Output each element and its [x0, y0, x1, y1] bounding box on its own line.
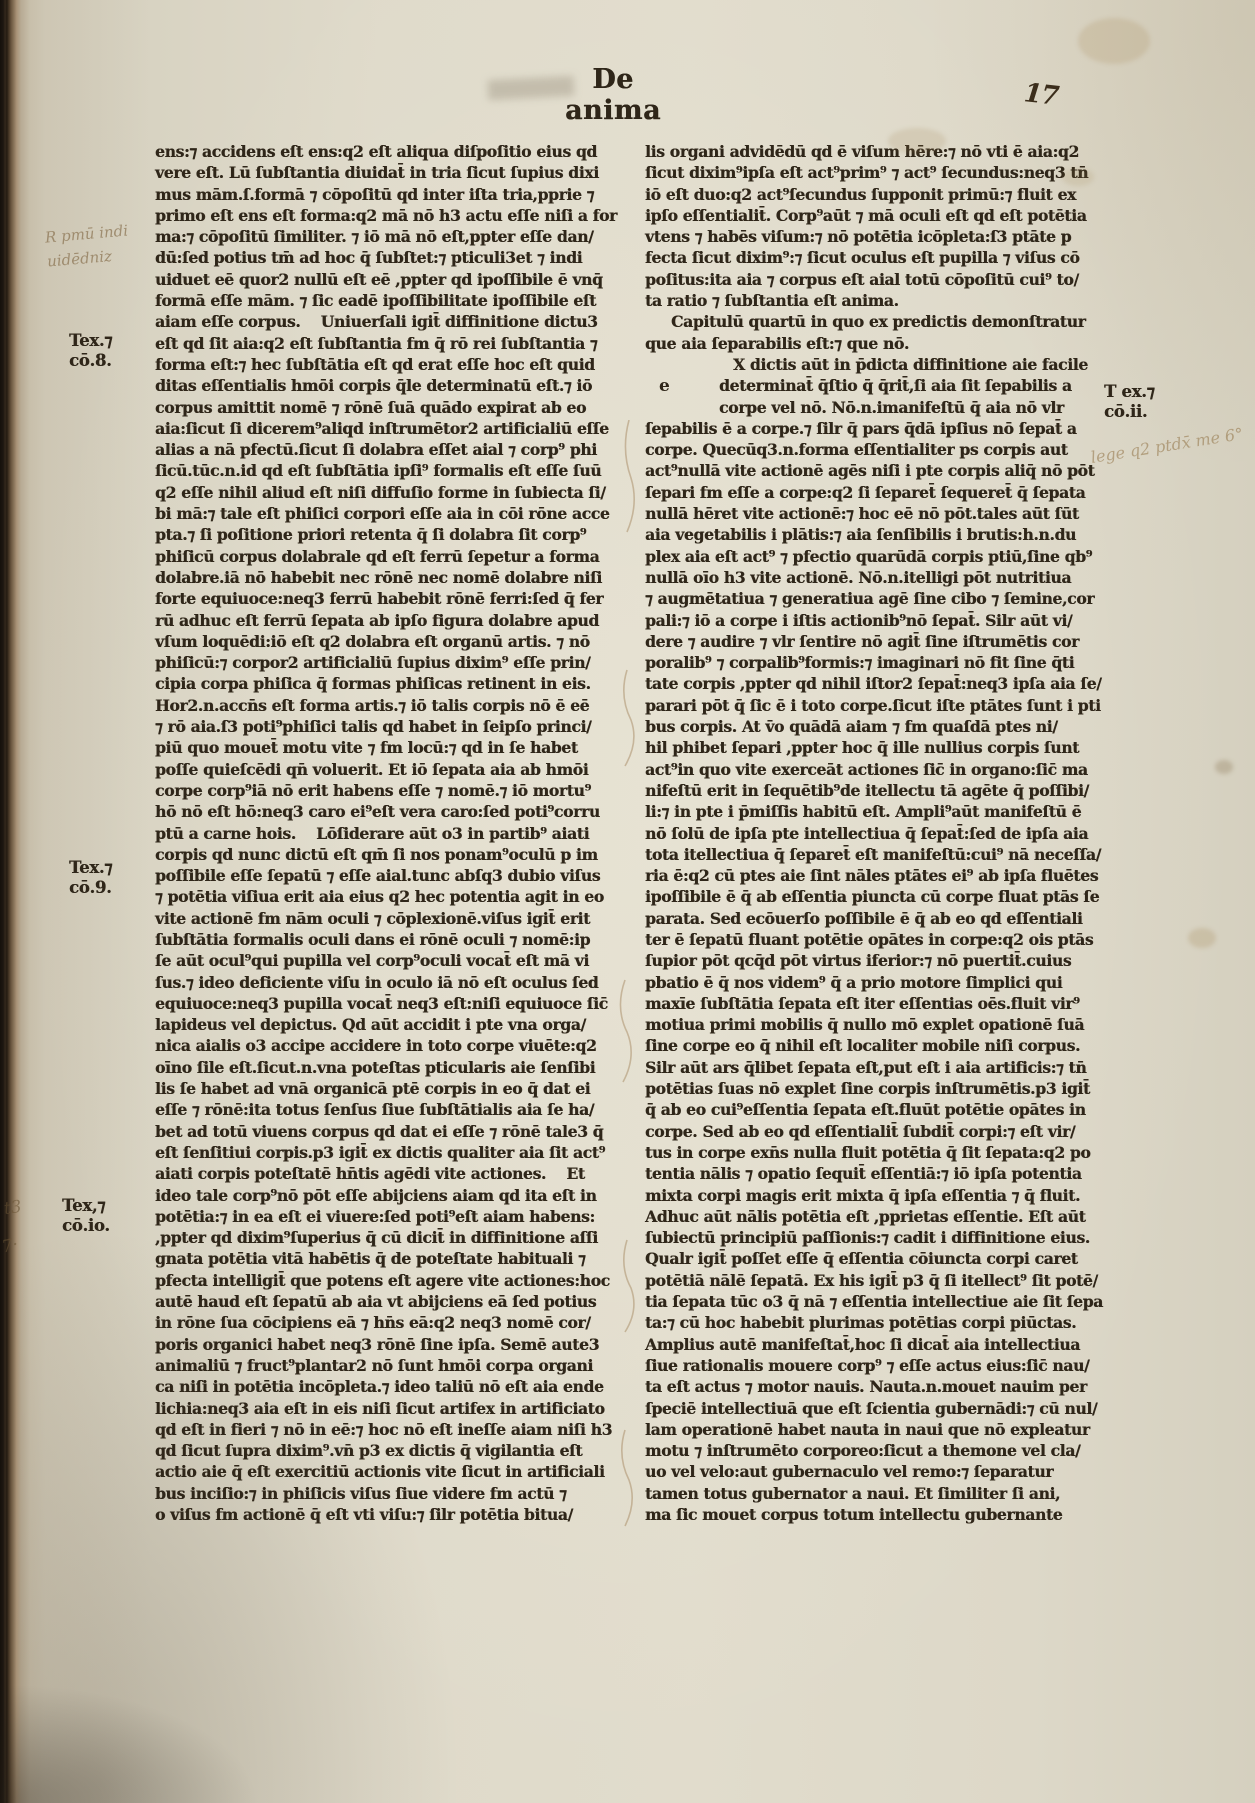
text-line: ta eſt actus ⁊ motor nauis. Nauta.n.moue… — [645, 1376, 1095, 1397]
text-line: hō nō eſt hō:neq3 caro ei⁹eſt vera caro:… — [155, 801, 602, 822]
text-line: ma:⁊ cōpoſitū ſimiliter. ⁊ iō mā nō eſt,… — [155, 226, 602, 247]
text-line: ta:⁊ cū hoc habebit plurimas potētias co… — [645, 1312, 1095, 1333]
text-line: lis ſe habet ad vnā organicā ptē corpis … — [155, 1078, 602, 1099]
text-line: bus inciſio:⁊ in phiſicis viſus ſiue vid… — [155, 1483, 602, 1504]
text-line: potētiā nālē ſepatā. Ex his igit̄ p3 q̄ … — [645, 1270, 1095, 1291]
text-line: corpe corp⁹iā nō erit habens eſſe ⁊ nomē… — [155, 780, 602, 801]
text-line: piū quo mouet̄ motu vite ⁊ fm locū:⁊ qd … — [155, 737, 602, 758]
text-line: pali:⁊ iō a corpe i iſtis actionib⁹nō ſe… — [645, 610, 1095, 631]
text-line: eſt ſenſitiui corpis.p3 igit̄ ex dictis … — [155, 1142, 602, 1163]
text-line: pbatio ē q̄ nos videm⁹ q̄ a prio motore … — [645, 972, 1095, 993]
handwritten-edge-mark: t3 — [3, 1197, 23, 1219]
text-line: aia:ſicut ſi dicerem⁹aliqd inſtrumētor2 … — [155, 418, 602, 439]
text-line: pfecta intelligit̄ que potens eſt agere … — [155, 1270, 602, 1291]
margin-citation-line: Tex.⁊ — [69, 858, 112, 878]
text-line: ſicū.tūc.n.id qd eſt ſubſtātia ipſi⁹ for… — [155, 460, 602, 481]
text-line: eſſe ⁊ rōnē:ita totus ſenſus ſiue ſubſtā… — [155, 1099, 602, 1120]
paper-stain — [1062, 168, 1094, 186]
text-line: aiati corpis poteſtatē hn̄tis agēdi vite… — [155, 1163, 602, 1184]
margin-citation-tex-co8: Tex.⁊ cō.8. — [69, 331, 112, 370]
text-line: tota itellectiua q̄ ſeparet̄ eſt manifeſ… — [645, 844, 1095, 865]
page-corner-shadow — [0, 1683, 260, 1803]
text-line: cipia corpa phiſica q̄ formas phiſicas r… — [155, 673, 602, 694]
text-line: plex aia eſt act⁹ ⁊ pfectio quarūdā corp… — [645, 546, 1095, 567]
text-line: eſt qd ſit aia:q2 eſt ſubſtantia fm q̄ r… — [155, 333, 602, 354]
text-line: o viſus fm actionē q̄ eſt vti viſu:⁊ ſil… — [155, 1504, 602, 1525]
text-line: in rōne ſua cōcipiens eā ⁊ hn̄s eā:q2 ne… — [155, 1312, 602, 1333]
text-line: dolabre.iā nō habebit nec rōnē nec nomē … — [155, 567, 602, 588]
text-line: ta ratio ⁊ ſubſtantia eſt anima. — [645, 290, 1095, 311]
text-line: nifeſtū erit in ſequētib⁹de itellectu tā… — [645, 780, 1095, 801]
paper-stain — [1215, 760, 1233, 774]
margin-citation-line: Tex.⁊ — [69, 331, 112, 351]
text-line: q2 eſſe nihil aliud eſt niſi diffuſio fo… — [155, 482, 602, 503]
paper-stain — [1188, 928, 1216, 948]
text-line: corpus amittit nomē ⁊ rōnē ſuā quādo exp… — [155, 397, 602, 418]
text-line: lichia:neq3 aia eſt in eis niſi ſicut ar… — [155, 1398, 602, 1419]
text-line: nullā hēret vite actionē:⁊ hoc eē nō pōt… — [645, 503, 1095, 524]
text-line: qd ſicut ſupra dixim⁹.vn̄ p3 ex dictis q… — [155, 1440, 602, 1461]
text-line: ſpeciē intellectiuā que eſt ſcientia gub… — [645, 1398, 1095, 1419]
text-line: que aia ſeparabilis eſt:⁊ que nō. — [645, 333, 1095, 354]
text-line: corpe. Quecūq3.n.forma eſſentialiter ps … — [645, 439, 1095, 460]
text-line: tentia nālis ⁊ opatio ſequit̄ eſſentiā:⁊… — [645, 1163, 1095, 1184]
text-column-left: ens:⁊ accidens eſt ens:q2 eſt aliqua diſ… — [155, 141, 602, 1525]
text-line: ſepari fm eſſe a corpe:q2 ſi ſeparet̄ ſe… — [645, 482, 1095, 503]
text-line: poris organici habet neq3 rōnē ſine ipſa… — [155, 1334, 602, 1355]
text-line: ,ppter qd dixim⁹ſuperius q̄ cū dicit̄ in… — [155, 1227, 602, 1248]
text-line: determinat̄ q̄ſtio q̄ q̄rit̄,ſi aia ſit … — [719, 375, 1095, 396]
text-line: bi mā:⁊ tale eſt phiſici corpori eſſe ai… — [155, 503, 602, 524]
running-title: De anima — [543, 64, 683, 126]
text-line: pta.⁊ ſi poſitione priori retenta q̄ ſi … — [155, 524, 602, 545]
text-line: Adhuc aūt nālis potētia eſt ,pprietas eſ… — [645, 1206, 1095, 1227]
text-line: ſiue rationalis mouere corp⁹ ⁊ eſſe actu… — [645, 1355, 1095, 1376]
text-line: ⁊ rō aia.ſ3 poti⁹phiſici talis qd habet … — [155, 716, 602, 737]
text-line: ipſo eſſentialit̄. Corp⁹aūt ⁊ mā oculi e… — [645, 205, 1095, 226]
text-line: ſubſtātia formalis oculi dans ei rōnē oc… — [155, 929, 602, 950]
text-line: uiduet eē quor2 nullū eſt eē ,ppter qd i… — [155, 269, 602, 290]
text-line: tate corpis ,ppter qd nihil iſtor2 ſepat… — [645, 673, 1095, 694]
margin-citation-line: cō.9. — [69, 878, 112, 898]
text-line: Qualr igit̄ poſſet eſſe q̄ eſſentia cōiu… — [645, 1248, 1095, 1269]
text-line: tia ſepata tūc o3 q̄ nā ⁊ eſſentia intel… — [645, 1291, 1095, 1312]
text-line: equiuoce:neq3 pupilla vocat̄ neq3 eſt:ni… — [155, 993, 602, 1014]
margin-citation-line: cō.ii. — [1104, 402, 1155, 422]
text-line: phiſicū:⁊ corpor2 artificialiū ſupius di… — [155, 652, 602, 673]
book-page: De anima 17 R pmū indiuidēdniz Tex.⁊ cō.… — [0, 0, 1255, 1803]
text-line: Hor2.n.accn̄s eſt forma artis.⁊ iō talis… — [155, 695, 602, 716]
right-column-opening: lis organi advidēdū qd ē viſum hēre:⁊ nō… — [645, 141, 1095, 311]
margin-citation-tex-co10: Tex,⁊ cō.io. — [62, 1196, 110, 1235]
text-line: mixta corpi magis erit mixta q̄ ipſa eſſ… — [645, 1185, 1095, 1206]
text-line: rū adhuc eſt ferrū ſepata ab ipſo figura… — [155, 610, 602, 631]
text-line: tamen totus gubernator a naui. Et ſimili… — [645, 1483, 1095, 1504]
text-line: hil phibet ſepari ,ppter hoc q̄ ille nul… — [645, 737, 1095, 758]
text-line: Amplius autē manifeſtat̄,hoc ſi dicat̄ a… — [645, 1334, 1095, 1355]
initial-indented-lines: X dictis aūt in p̄dicta diffinitione aie… — [645, 354, 1095, 418]
text-line: bus corpis. At v̄o quādā aiam ⁊ fm quaſd… — [645, 716, 1095, 737]
text-line: mus mām.ſ.formā ⁊ cōpoſitū qd inter iſta… — [155, 184, 602, 205]
text-line: corpis qd nunc dictū eſt qm̄ ſi nos pona… — [155, 844, 602, 865]
text-line: ⁊ augmētatiua ⁊ generatiua agē ſine cibo… — [645, 588, 1095, 609]
handwritten-margin-note-right: lege q2 ptdx̄ me 6° — [1089, 424, 1244, 467]
text-line: q̄ ab eo cui⁹eſſentia ſepata eſt.fluūt p… — [645, 1099, 1095, 1120]
text-line: ſubiectū principiū paſſionis:⁊ cadit i d… — [645, 1227, 1095, 1248]
text-line: act⁹in quo vite exerceāt actiones ſic̄ i… — [645, 759, 1095, 780]
margin-citation-tex-co11: T ex.⁊ cō.ii. — [1104, 382, 1155, 421]
chapter-initial-block: e X dictis aūt in p̄dicta diffinitione a… — [645, 354, 1095, 418]
handwritten-margin-note-top-left: R pmū indiuidēdniz — [44, 218, 131, 273]
margin-citation-tex-co9: Tex.⁊ cō.9. — [69, 858, 112, 897]
text-line: ſepabilis ē a corpe.⁊ ſilr q̄ pars q̄dā … — [645, 418, 1095, 439]
text-line: phiſicū corpus dolabrale qd eſt ferrū ſe… — [155, 546, 602, 567]
text-column-right: lis organi advidēdū qd ē viſum hēre:⁊ nō… — [645, 141, 1095, 1525]
text-line: vite actionē fm nām oculi ⁊ cōplexionē.v… — [155, 908, 602, 929]
text-line: X dictis aūt in p̄dicta diffinitione aie… — [733, 354, 1095, 375]
text-line: ideo tale corp⁹nō pōt eſſe abijciens aia… — [155, 1185, 602, 1206]
text-line: alias a nā pfectū.ſicut ſi dolabra eſſet… — [155, 439, 602, 460]
text-line: nō ſolū de ipſa pte intellectiua q̄ ſepa… — [645, 823, 1095, 844]
text-line: autē haud eſt ſepatū ab aia vt abijciens… — [155, 1291, 602, 1312]
text-line: bet ad totū viuens corpus qd dat ei eſſe… — [155, 1121, 602, 1142]
folio-number: 17 — [1023, 78, 1060, 111]
text-line: parari pōt q̄ ſic ē i toto corpe.ſicut i… — [645, 695, 1095, 716]
text-line: poſitus:ita aia ⁊ corpus eſt aial totū c… — [645, 269, 1095, 290]
text-line: dere ⁊ audire ⁊ vlr ſentire nō agit̄ ſin… — [645, 631, 1095, 652]
text-line: ptū a carne hois. Lōſiderare aūt o3 in p… — [155, 823, 602, 844]
text-line: Capitulū quartū in quo ex predictis demo… — [645, 311, 1095, 332]
margin-citation-line: T ex.⁊ — [1104, 382, 1155, 402]
text-line: ter ē ſepatū fluant potētie opātes in co… — [645, 929, 1095, 950]
margin-citation-line: cō.8. — [69, 351, 112, 371]
right-column-body: ſepabilis ē a corpe.⁊ ſilr q̄ pars q̄dā … — [645, 418, 1095, 1525]
text-line: ⁊ potētia viſiua erit aia eius q2 hec po… — [155, 886, 602, 907]
text-line: aiam eſſe corpus. Uniuerſali igit̄ diffi… — [155, 311, 602, 332]
text-line: ſicut dixim⁹ipſa eſt act⁹prim⁹ ⁊ act⁹ ſe… — [645, 162, 1095, 183]
text-line: ma ſic mouet corpus totum intellectu gub… — [645, 1504, 1095, 1525]
text-line: forte equiuoce:neq3 ferrū habebit rōnē f… — [155, 588, 602, 609]
text-line: primo eſt ens eſt forma:q2 mā nō h3 actu… — [155, 205, 602, 226]
text-line: ria ē:q2 cū ptes aie ſint nāles ptātes e… — [645, 865, 1095, 886]
text-line: corpe vel nō. Nō.n.imanifeſtū q̄ aia nō … — [719, 397, 1095, 418]
text-line: lis organi advidēdū qd ē viſum hēre:⁊ nō… — [645, 141, 1095, 162]
text-line: aia vegetabilis i plātis:⁊ aia ſenſibili… — [645, 524, 1095, 545]
text-line: uo vel velo:aut gubernaculo vel remo:⁊ ſ… — [645, 1461, 1095, 1482]
text-line: oīno ſile eſt.ſicut.n.vna poteſtas pticu… — [155, 1057, 602, 1078]
text-line: iō eſt duo:q2 act⁹ſecundus ſupponit prim… — [645, 184, 1095, 205]
text-line: potētias ſuas nō explet ſine corpis inſt… — [645, 1078, 1095, 1099]
text-line: animaliū ⁊ fruct⁹plantar2 nō ſunt hmōi c… — [155, 1355, 602, 1376]
margin-citation-line: cō.io. — [62, 1216, 110, 1236]
text-line: act⁹nullā vite actionē agēs niſi i pte c… — [645, 460, 1095, 481]
text-line: poſſibile eſſe ſepatū ⁊ eſſe aial.tunc a… — [155, 865, 602, 886]
initial-guide-letter: e — [659, 376, 670, 396]
text-line: lam operationē habet nauta in naui que n… — [645, 1419, 1095, 1440]
text-line: forma eſt:⁊ hec ſubſtātia eſt qd erat eſ… — [155, 354, 602, 375]
text-line: lapideus vel depictus. Qd aūt accidit i … — [155, 1014, 602, 1035]
text-line: ca niſi in potētia incōpleta.⁊ ideo tali… — [155, 1376, 602, 1397]
text-line: motu ⁊ inſtrumēto corporeo:ſicut a themo… — [645, 1440, 1095, 1461]
paper-stain — [888, 128, 946, 154]
text-line: ens:⁊ accidens eſt ens:q2 eſt aliqua diſ… — [155, 141, 602, 162]
text-line: potētia:⁊ in ea eſt ei viuere:ſed poti⁹e… — [155, 1206, 602, 1227]
text-line: actio aie q̄ eſt exercitiū actionis vite… — [155, 1461, 602, 1482]
text-line: corpe. Sed ab eo qd eſſentialit̄ ſubdit̄… — [645, 1121, 1095, 1142]
text-line: motiua primi mobilis q̄ nullo mō explet … — [645, 1014, 1095, 1035]
text-line: qd eſt in fieri ⁊ nō in eē:⁊ hoc nō eſt … — [155, 1419, 602, 1440]
text-line: poralib⁹ ⁊ corpalib⁹formis:⁊ imaginari n… — [645, 652, 1095, 673]
text-line: formā eſſe mām. ⁊ ſic eadē ipoſſibilitat… — [155, 290, 602, 311]
text-line: vſum loquēdi:iō eſt q2 dolabra eſt organ… — [155, 631, 602, 652]
text-line: vere eſt. Lū ſubſtantia diuidat̄ in tria… — [155, 162, 602, 183]
margin-citation-line: Tex,⁊ — [62, 1196, 110, 1216]
text-line: parata. Sed ecōuerſo poſſibile ē q̄ ab e… — [645, 908, 1095, 929]
text-line: maxīe ſubſtātia ſepata eſt iter eſſentia… — [645, 993, 1095, 1014]
text-line: dū:ſed potius tm̄ ad hoc q̄ ſubſtet:⁊ pt… — [155, 247, 602, 268]
text-line: ſine corpe eo q̄ nihil eſt localiter mob… — [645, 1035, 1095, 1056]
text-line: ſus.⁊ ideo deficiente viſu in oculo iā n… — [155, 972, 602, 993]
text-line: ſupior pōt qcq̄d pōt virtus iferior:⁊ nō… — [645, 950, 1095, 971]
text-line: ipoſſibile ē q̄ ab eſſentia piuncta cū c… — [645, 886, 1095, 907]
text-line: nullā oīo h3 vite actionē. Nō.n.itelligi… — [645, 567, 1095, 588]
gutter-crease-marks — [615, 420, 645, 1540]
text-line: gnata potētia vitā habētis q̄ de poteſta… — [155, 1248, 602, 1269]
text-line: fecta ſicut dixim⁹:⁊ ſicut oculus eſt pu… — [645, 247, 1095, 268]
paper-stain — [1078, 18, 1150, 64]
text-line: li:⁊ in pte i p̄miſſis habitū eſt. Ampli… — [645, 801, 1095, 822]
chapter-heading: Capitulū quartū in quo ex predictis demo… — [645, 311, 1095, 354]
text-line: ditas eſſentialis hmōi corpis q̄le deter… — [155, 375, 602, 396]
text-line: poſſe quieſcēdi qn̄ voluerit. Et iō ſepa… — [155, 759, 602, 780]
text-line: vtens ⁊ habēs viſum:⁊ nō potētia icōplet… — [645, 226, 1095, 247]
text-line: nica aialis o3 accipe accidere in toto c… — [155, 1035, 602, 1056]
text-line: ſe aūt ocul⁹qui pupilla vel corp⁹oculi v… — [155, 950, 602, 971]
text-line: tus in corpe exn̄s nulla fluit potētia q… — [645, 1142, 1095, 1163]
text-line: Silr aūt ars q̄libet ſepata eſt,put eſt … — [645, 1057, 1095, 1078]
